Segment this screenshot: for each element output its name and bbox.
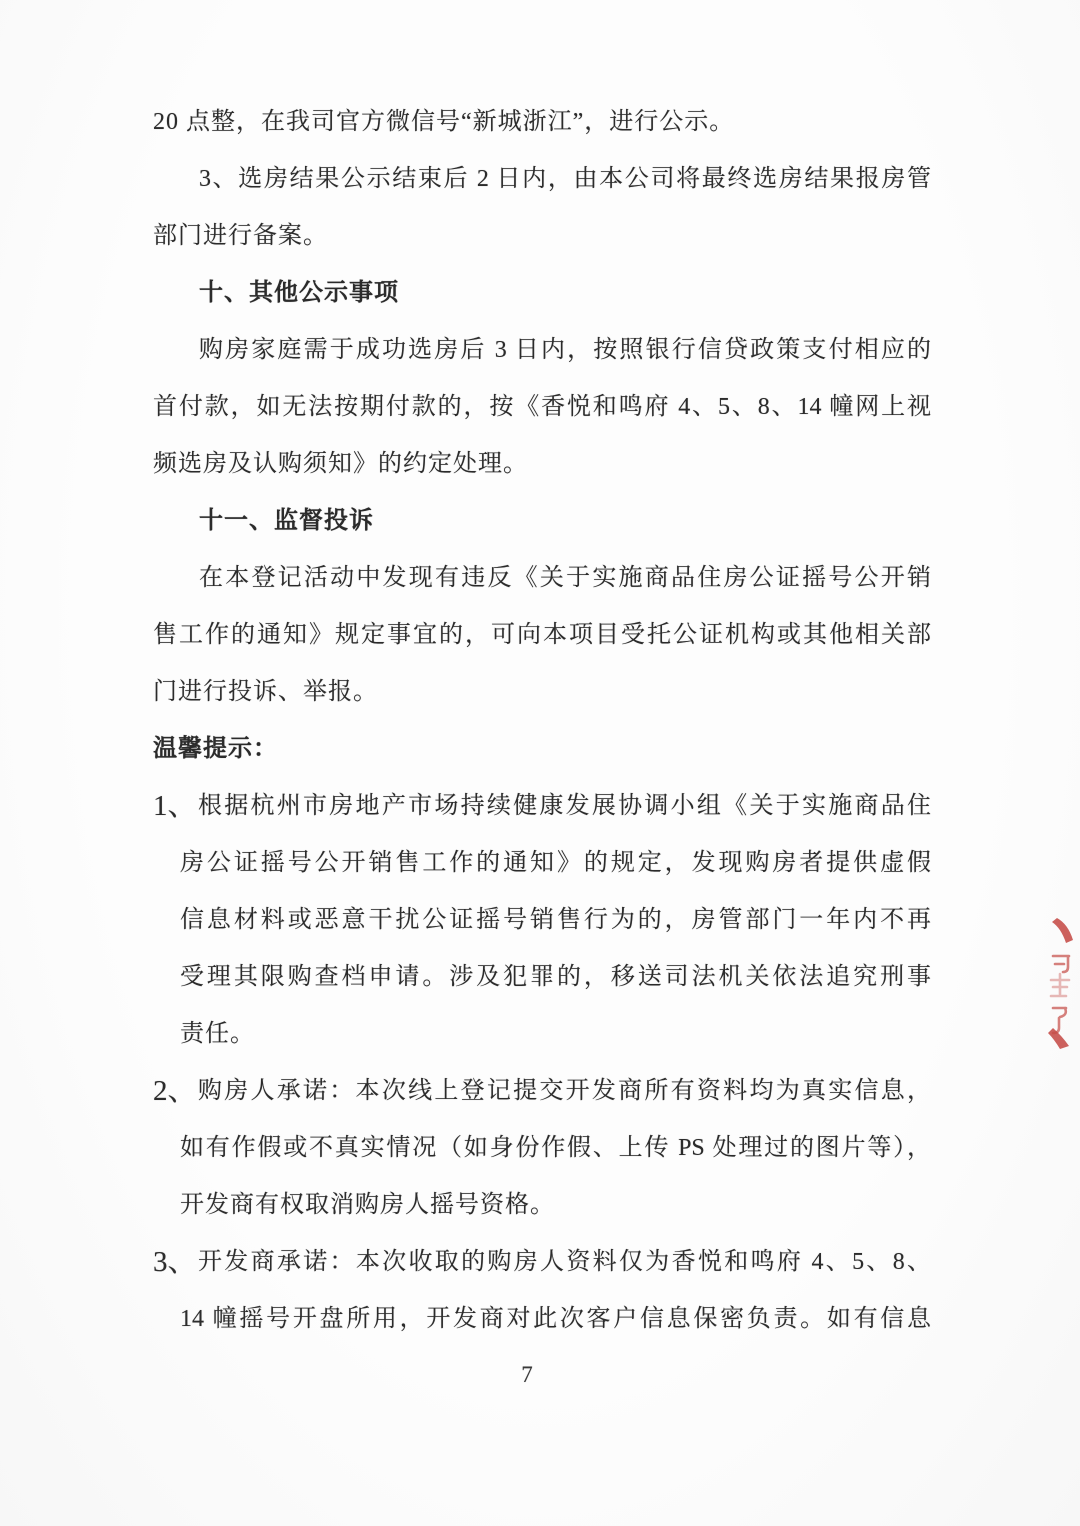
paragraph-line: 频选房及认购须知》的约定处理。 — [153, 436, 931, 493]
paragraph-line: 3、选房结果公示结束后 2 日内，由本公司将最终选房结果报房管 — [153, 151, 931, 208]
line-text: 根据杭州市房地产市场持续健康发展协调小组《关于实施商品住 — [198, 793, 931, 819]
list-item-line: 房公证摇号公开销售工作的通知》的规定，发现购房者提供虚假 — [153, 835, 931, 892]
page-number: 7 — [0, 1360, 1054, 1390]
section-heading: 十一、监督投诉 — [153, 493, 931, 550]
list-item-line: 如有作假或不真实情况（如身份作假、上传 PS 处理过的图片等）， — [153, 1120, 931, 1177]
list-item-line: 开发商有权取消购房人摇号资格。 — [153, 1177, 931, 1234]
paragraph-line: 部门进行备案。 — [153, 208, 931, 265]
document-body: 20 点整，在我司官方微信号“新城浙江”，进行公示。 3、选房结果公示结束后 2… — [153, 94, 931, 1348]
list-item-number: 1、 — [153, 778, 197, 835]
section-heading: 十、其他公示事项 — [153, 265, 931, 322]
paragraph-line: 在本登记活动中发现有违反《关于实施商品住房公证摇号公开销 — [153, 550, 931, 607]
list-item-line: 责任。 — [153, 1006, 931, 1063]
list-item-line: 14 幢摇号开盘所用，开发商对此次客户信息保密负责。如有信息 — [153, 1291, 931, 1348]
paragraph-line: 购房家庭需于成功选房后 3 日内，按照银行信贷政策支付相应的 — [153, 322, 931, 379]
list-item-line: 1、根据杭州市房地产市场持续健康发展协调小组《关于实施商品住 — [153, 778, 931, 835]
list-item-number: 3、 — [153, 1234, 197, 1291]
paragraph-line: 20 点整，在我司官方微信号“新城浙江”，进行公示。 — [153, 94, 931, 151]
list-item-number: 2、 — [153, 1063, 197, 1120]
paragraph-line: 首付款，如无法按期付款的，按《香悦和鸣府 4、5、8、14 幢网上视 — [153, 379, 931, 436]
line-text: 购房人承诺：本次线上登记提交开发商所有资料均为真实信息， — [198, 1078, 931, 1104]
list-item-line: 信息材料或恶意干扰公证摇号销售行为的，房管部门一年内不再 — [153, 892, 931, 949]
tips-heading: 温馨提示： — [153, 721, 931, 778]
line-text: 开发商承诺：本次收取的购房人资料仅为香悦和鸣府 4、5、8、 — [198, 1249, 931, 1275]
paragraph-line: 门进行投诉、举报。 — [153, 664, 931, 721]
list-item-line: 受理其限购查档申请。涉及犯罪的，移送司法机关依法追究刑事 — [153, 949, 931, 1006]
document-page: 20 点整，在我司官方微信号“新城浙江”，进行公示。 3、选房结果公示结束后 2… — [0, 0, 1080, 1526]
list-item-line: 3、开发商承诺：本次收取的购房人资料仅为香悦和鸣府 4、5、8、 — [153, 1234, 931, 1291]
red-seal-fragment-icon — [1040, 912, 1080, 1052]
list-item-line: 2、购房人承诺：本次线上登记提交开发商所有资料均为真实信息， — [153, 1063, 931, 1120]
paragraph-line: 售工作的通知》规定事宜的，可向本项目受托公证机构或其他相关部 — [153, 607, 931, 664]
